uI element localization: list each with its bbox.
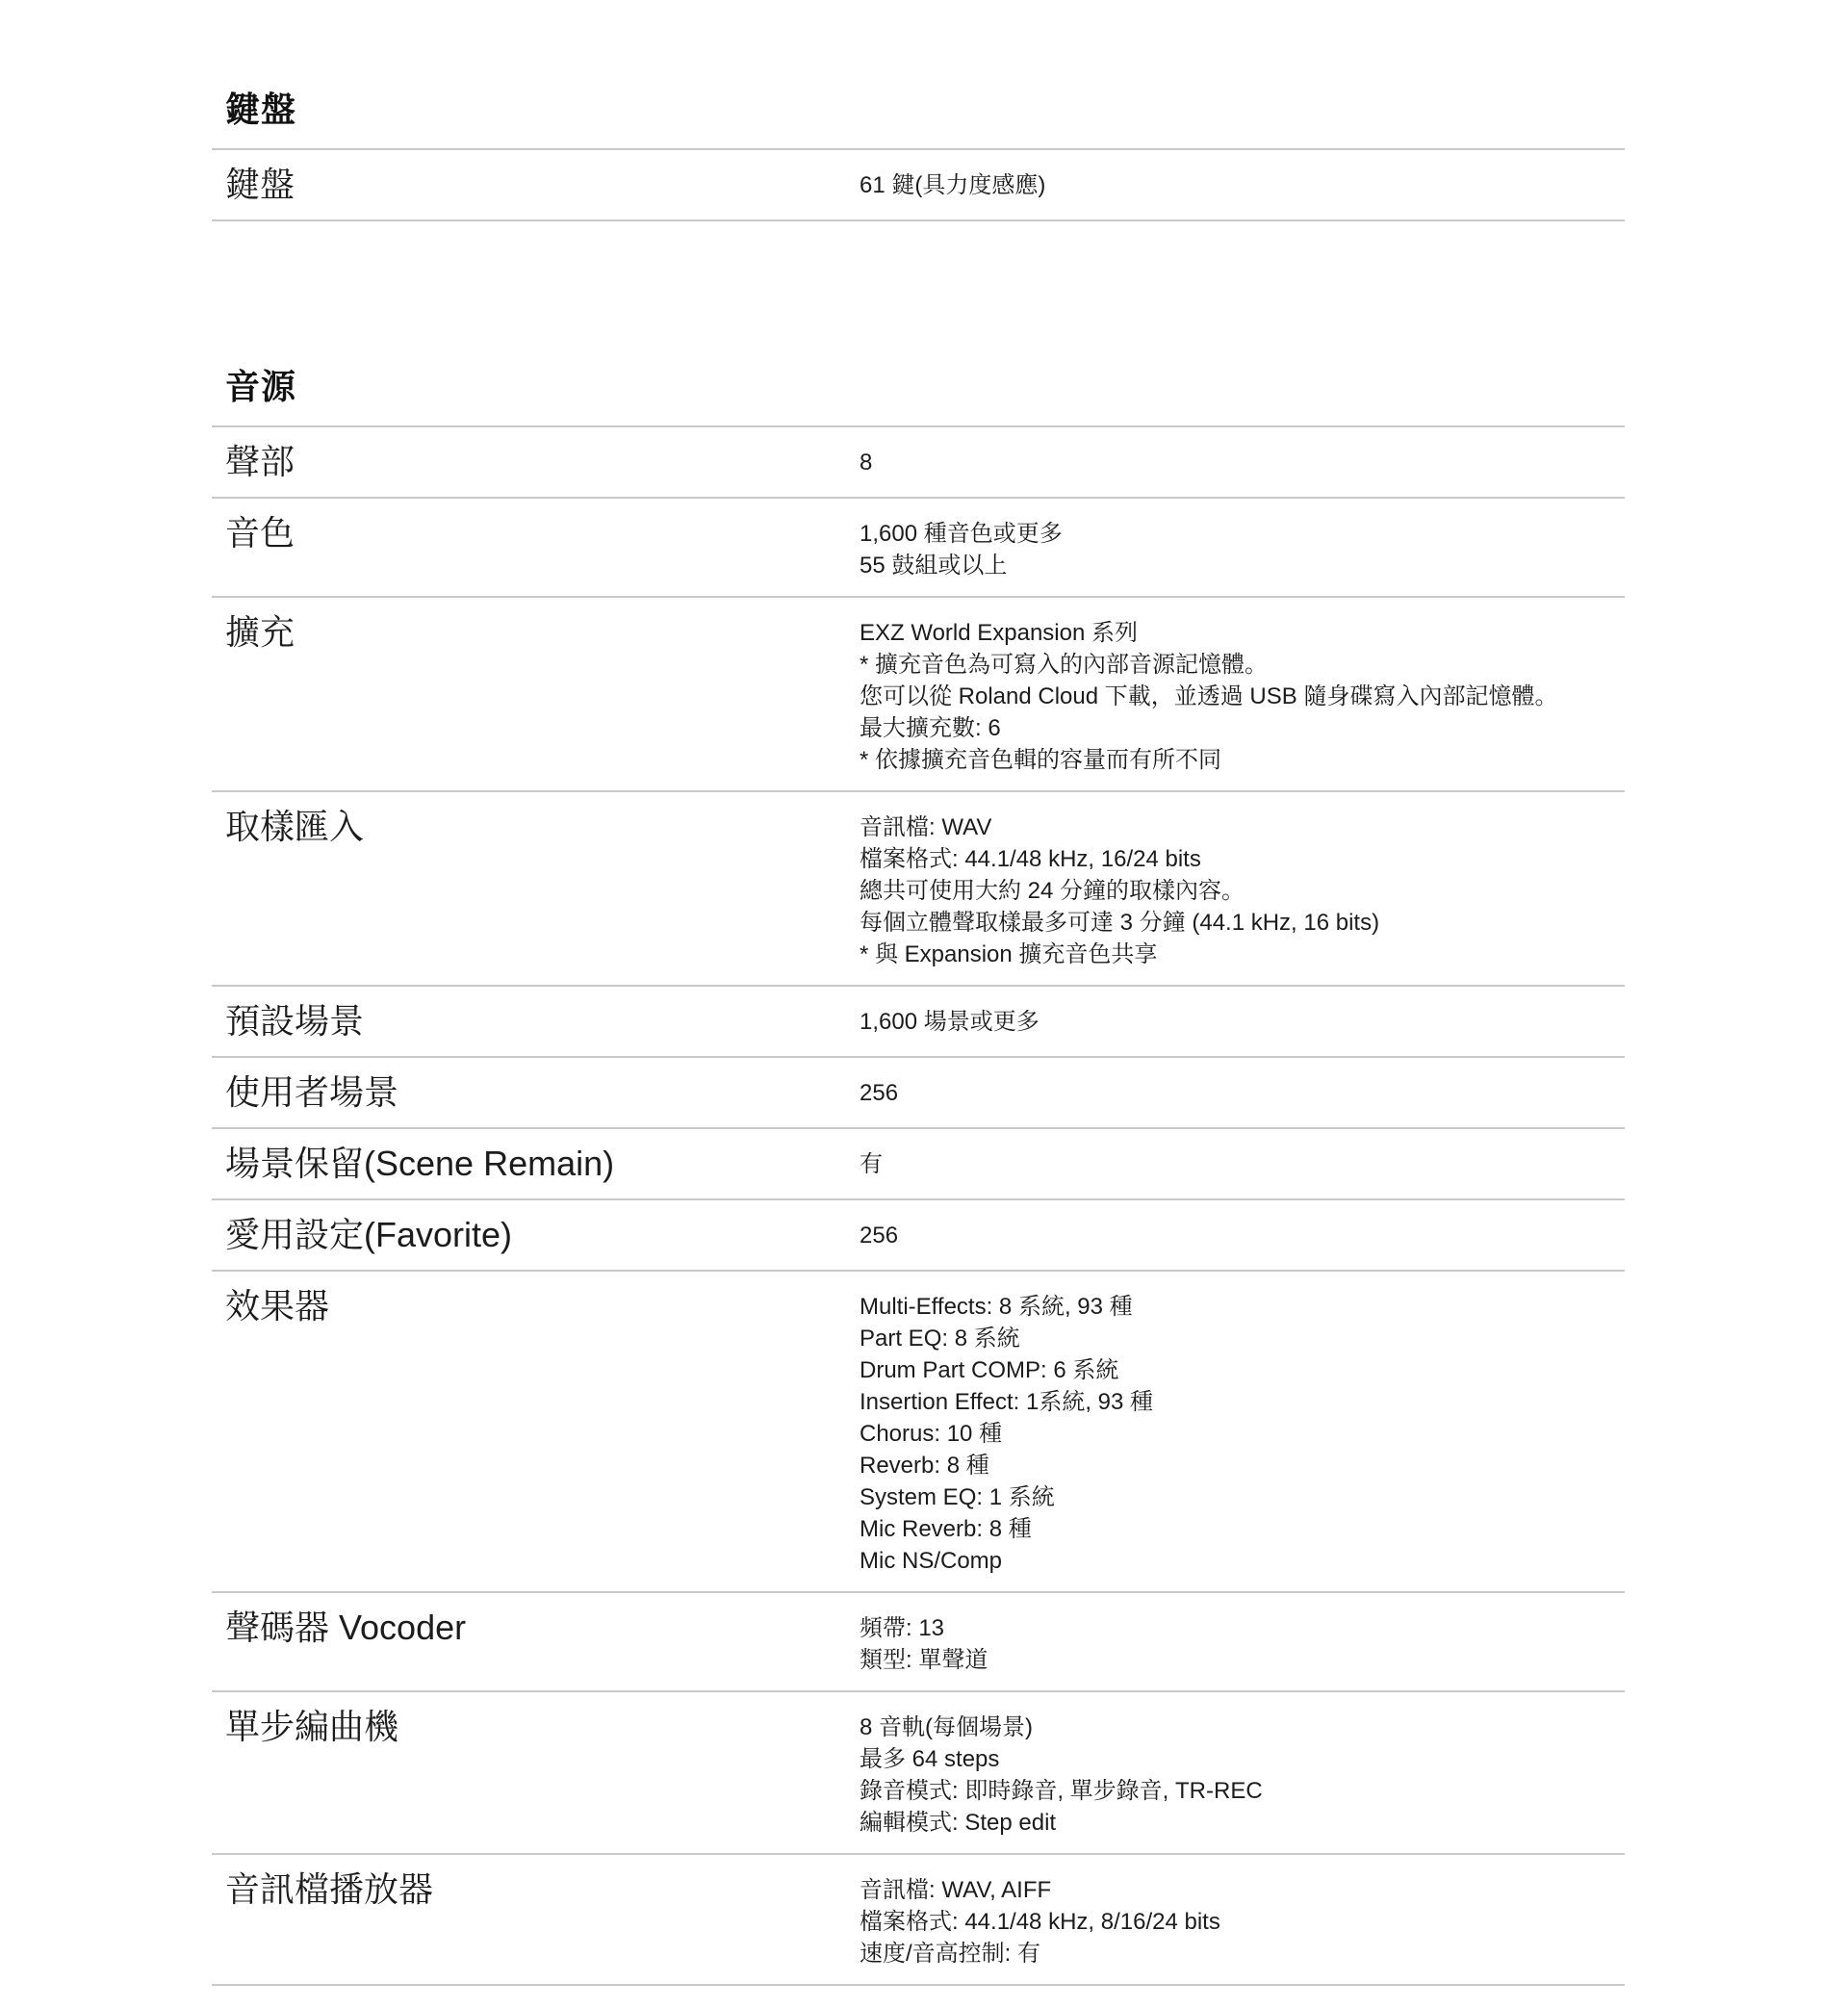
spec-value-line: Insertion Effect: 1系統, 93 種 (860, 1386, 1625, 1418)
spec-row-label: 預設場景 (225, 1001, 860, 1042)
spec-value-line: 類型: 單聲道 (860, 1644, 1625, 1676)
spec-value-line: Mic Reverb: 8 種 (860, 1513, 1625, 1545)
spec-value-line: 檔案格式: 44.1/48 kHz, 8/16/24 bits (860, 1906, 1625, 1938)
spec-value-line: Reverb: 8 種 (860, 1450, 1625, 1481)
spec-value-line: 錄音模式: 即時錄音, 單步錄音, TR-REC (860, 1775, 1625, 1807)
spec-value-line: 頻帶: 13 (860, 1612, 1625, 1644)
spec-value-line: 音訊檔: WAV, AIFF (860, 1874, 1625, 1906)
spec-row-label: 場景保留(Scene Remain) (225, 1144, 860, 1184)
spec-row-value: 音訊檔: WAV, AIFF檔案格式: 44.1/48 kHz, 8/16/24… (860, 1869, 1625, 1969)
spec-value-line: * 擴充音色為可寫入的內部音源記憶體。 (860, 649, 1625, 681)
spec-value-line: Mic NS/Comp (860, 1545, 1625, 1577)
spec-value-line: 每個立體聲取樣最多可達 3 分鐘 (44.1 kHz, 16 bits) (860, 907, 1625, 939)
spec-row-value: 音訊檔: WAV檔案格式: 44.1/48 kHz, 16/24 bits總共可… (860, 807, 1625, 970)
spec-value-line: 最大擴充數: 6 (860, 712, 1625, 744)
spec-value-line: Multi-Effects: 8 系統, 93 種 (860, 1291, 1625, 1323)
spec-row: 聲部8 (212, 425, 1625, 497)
spec-row: 音訊檔播放器音訊檔: WAV, AIFF檔案格式: 44.1/48 kHz, 8… (212, 1853, 1625, 1984)
spec-value-line: 256 (860, 1220, 1625, 1251)
spec-row-value: 256 (860, 1215, 1625, 1251)
spec-row: 取樣匯入音訊檔: WAV檔案格式: 44.1/48 kHz, 16/24 bit… (212, 790, 1625, 985)
spec-row-value: 1,600 種音色或更多55 鼓組或以上 (860, 513, 1625, 581)
spec-row-value: 61 鍵(具力度感應) (860, 165, 1625, 201)
spec-row-label: 效果器 (225, 1286, 860, 1326)
spec-value-line: 有 (860, 1148, 1625, 1180)
spec-value-line: 編輯模式: Step edit (860, 1807, 1625, 1839)
spec-row-value: 8 音軌(每個場景)最多 64 steps錄音模式: 即時錄音, 單步錄音, T… (860, 1707, 1625, 1839)
spec-row-value: EXZ World Expansion 系列* 擴充音色為可寫入的內部音源記憶體… (860, 612, 1625, 776)
spec-value-line: 您可以從 Roland Cloud 下載，並透過 USB 隨身碟寫入內部記憶體。 (860, 681, 1625, 712)
spec-row-value: 256 (860, 1072, 1625, 1109)
spec-value-line: * 依據擴充音色輯的容量而有所不同 (860, 744, 1625, 776)
spec-section: 音源聲部8音色1,600 種音色或更多55 鼓組或以上擴充EXZ World E… (212, 366, 1625, 1986)
spec-row: 擴充EXZ World Expansion 系列* 擴充音色為可寫入的內部音源記… (212, 596, 1625, 790)
spec-section: 鍵盤鍵盤61 鍵(具力度感應) (212, 89, 1625, 221)
spec-row-label: 鍵盤 (225, 165, 860, 205)
spec-row-label: 使用者場景 (225, 1072, 860, 1113)
spec-value-line: 1,600 場景或更多 (860, 1006, 1625, 1038)
spec-value-line: EXZ World Expansion 系列 (860, 617, 1625, 649)
spec-value-line: 音訊檔: WAV (860, 811, 1625, 843)
spec-row-value: 1,600 場景或更多 (860, 1001, 1625, 1038)
spec-row-value: 頻帶: 13類型: 單聲道 (860, 1608, 1625, 1676)
spec-value-line: * 與 Expansion 擴充音色共享 (860, 939, 1625, 970)
spec-row-value: 有 (860, 1144, 1625, 1180)
spec-row-label: 單步編曲機 (225, 1707, 860, 1747)
spec-value-line: Chorus: 10 種 (860, 1418, 1625, 1450)
spec-row: 使用者場景256 (212, 1056, 1625, 1127)
spec-value-line: 1,600 種音色或更多 (860, 518, 1625, 550)
spec-row: 預設場景1,600 場景或更多 (212, 985, 1625, 1056)
spec-table: 鍵盤61 鍵(具力度感應) (212, 148, 1625, 221)
spec-row-value: Multi-Effects: 8 系統, 93 種Part EQ: 8 系統Dr… (860, 1286, 1625, 1577)
spec-row: 效果器Multi-Effects: 8 系統, 93 種Part EQ: 8 系… (212, 1270, 1625, 1591)
spec-value-line: 總共可使用大約 24 分鐘的取樣內容。 (860, 875, 1625, 907)
spec-row-label: 聲部 (225, 442, 860, 482)
spec-value-line: Part EQ: 8 系統 (860, 1323, 1625, 1354)
spec-row-label: 音色 (225, 513, 860, 553)
spec-row: 音色1,600 種音色或更多55 鼓組或以上 (212, 497, 1625, 596)
spec-value-line: 最多 64 steps (860, 1743, 1625, 1775)
spec-row: 單步編曲機8 音軌(每個場景)最多 64 steps錄音模式: 即時錄音, 單步… (212, 1690, 1625, 1853)
spec-value-line: 55 鼓組或以上 (860, 550, 1625, 581)
spec-value-line: 256 (860, 1077, 1625, 1109)
spec-row: 愛用設定(Favorite)256 (212, 1198, 1625, 1270)
spec-value-line: 61 鍵(具力度感應) (860, 169, 1625, 201)
spec-table: 聲部8音色1,600 種音色或更多55 鼓組或以上擴充EXZ World Exp… (212, 425, 1625, 1986)
spec-row-label: 愛用設定(Favorite) (225, 1215, 860, 1255)
section-title: 音源 (212, 366, 1625, 408)
spec-value-line: 8 音軌(每個場景) (860, 1712, 1625, 1743)
section-title: 鍵盤 (212, 89, 1625, 131)
spec-value-line: Drum Part COMP: 6 系統 (860, 1354, 1625, 1386)
spec-value-line: 8 (860, 447, 1625, 478)
spec-row-label: 取樣匯入 (225, 807, 860, 847)
spec-row-label: 聲碼器 Vocoder (225, 1608, 860, 1648)
spec-page: { "page": { "background_color": "#ffffff… (0, 0, 1848, 2008)
spec-row: 鍵盤61 鍵(具力度感應) (212, 148, 1625, 219)
spec-value-line: 檔案格式: 44.1/48 kHz, 16/24 bits (860, 843, 1625, 875)
spec-row: 場景保留(Scene Remain)有 (212, 1127, 1625, 1198)
spec-value-line: System EQ: 1 系統 (860, 1481, 1625, 1513)
spec-value-line: 速度/音高控制: 有 (860, 1938, 1625, 1969)
spec-row-label: 音訊檔播放器 (225, 1869, 860, 1910)
spec-row-label: 擴充 (225, 612, 860, 653)
spec-row-value: 8 (860, 442, 1625, 478)
spec-row: 聲碼器 Vocoder頻帶: 13類型: 單聲道 (212, 1591, 1625, 1690)
spec-content: 鍵盤鍵盤61 鍵(具力度感應)音源聲部8音色1,600 種音色或更多55 鼓組或… (212, 0, 1625, 1986)
